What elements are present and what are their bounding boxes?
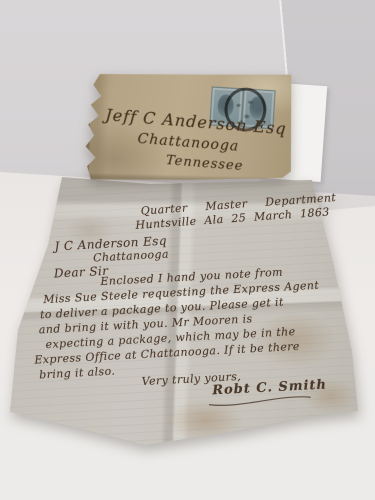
letter-recipient-city: Chattanooga [93, 249, 169, 264]
letter-body-line: bring it also. [39, 365, 116, 380]
unfolded-letter: Quarter Master Department Huntsville Ala… [0, 160, 375, 465]
photo-of-letter-and-envelope: Jeff C Anderson Esq Chattanooga Tennesse… [0, 0, 375, 500]
letter-handwriting: Quarter Master Department Huntsville Ala… [0, 150, 375, 474]
envelope: Jeff C Anderson Esq Chattanooga Tennesse… [83, 69, 294, 184]
